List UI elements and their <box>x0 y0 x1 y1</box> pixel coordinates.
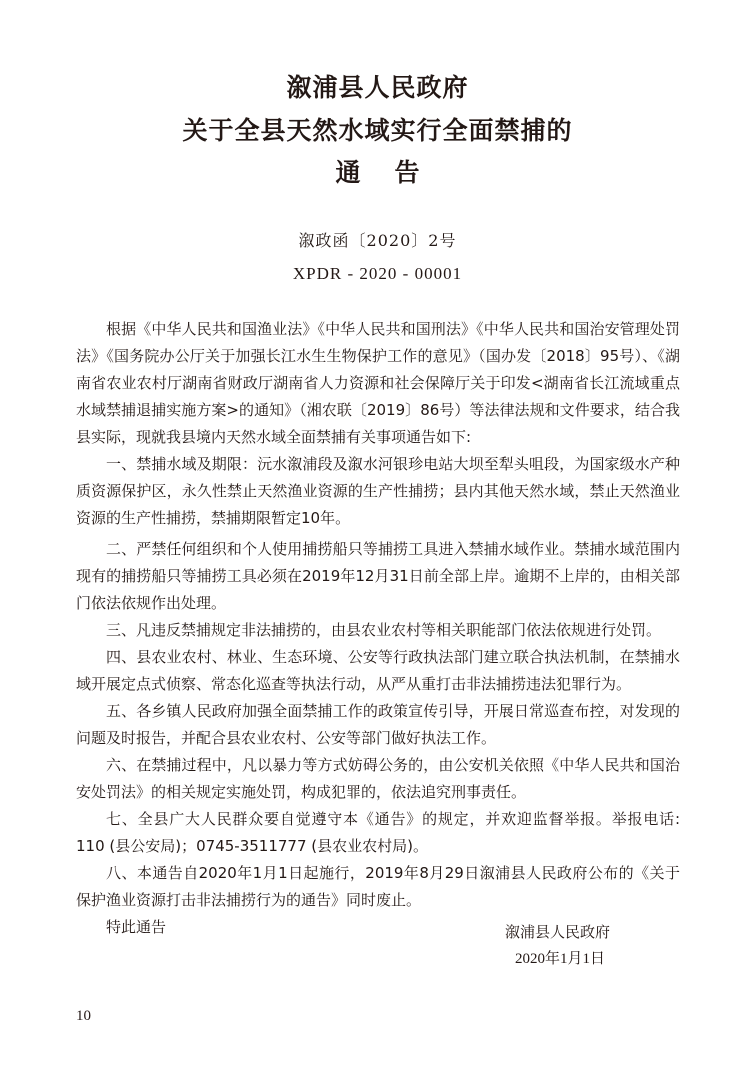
paragraph-item-1: 一、禁捕水域及期限：沅水溆浦段及溆水河银珍电站大坝至犁头咀段，为国家级水产种质资… <box>76 451 680 532</box>
paragraph-item-2: 二、严禁任何组织和个人使用捕捞船只等捕捞工具进入禁捕水域作业。禁捕水域范围内现有… <box>76 536 680 617</box>
paragraph-item-3: 三、凡违反禁捕规定非法捕捞的，由县农业农村等相关职能部门依法依规进行处罚。 <box>76 617 680 644</box>
document-number: 溆政函〔2020〕2号 <box>0 230 755 252</box>
title-issuer: 溆浦县人民政府 <box>0 73 755 103</box>
paragraph-item-8: 八、本通告自2020年1月1日起施行，2019年8月29日溆浦县人民政府公布的《… <box>76 860 680 914</box>
paragraph-item-5: 五、各乡镇人民政府加强全面禁捕工作的政策宣传引导，开展日常巡查布控，对发现的问题… <box>76 698 680 752</box>
notice-body: 根据《中华人民共和国渔业法》《中华人民共和国刑法》《中华人民共和国治安管理处罚法… <box>76 316 680 941</box>
page-number: 10 <box>76 1006 91 1026</box>
registration-code: XPDR - 2020 - 00001 <box>0 263 755 285</box>
issue-date: 2020年1月1日 <box>515 946 605 973</box>
signatory: 溆浦县人民政府 <box>505 919 610 946</box>
title-subject: 关于全县天然水域实行全面禁捕的 <box>0 116 755 146</box>
title-notice: 通告 <box>0 158 755 188</box>
paragraph-preamble: 根据《中华人民共和国渔业法》《中华人民共和国刑法》《中华人民共和国治安管理处罚法… <box>76 316 680 451</box>
paragraph-item-6: 六、在禁捕过程中，凡以暴力等方式妨碍公务的，由公安机关依照《中华人民共和国治安处… <box>76 752 680 806</box>
paragraph-item-7: 七、全县广大人民群众要自觉遵守本《通告》的规定，并欢迎监督举报。举报电话: 11… <box>76 806 680 860</box>
paragraph-item-4: 四、县农业农村、林业、生态环境、公安等行政执法部门建立联合执法机制，在禁捕水域开… <box>76 644 680 698</box>
